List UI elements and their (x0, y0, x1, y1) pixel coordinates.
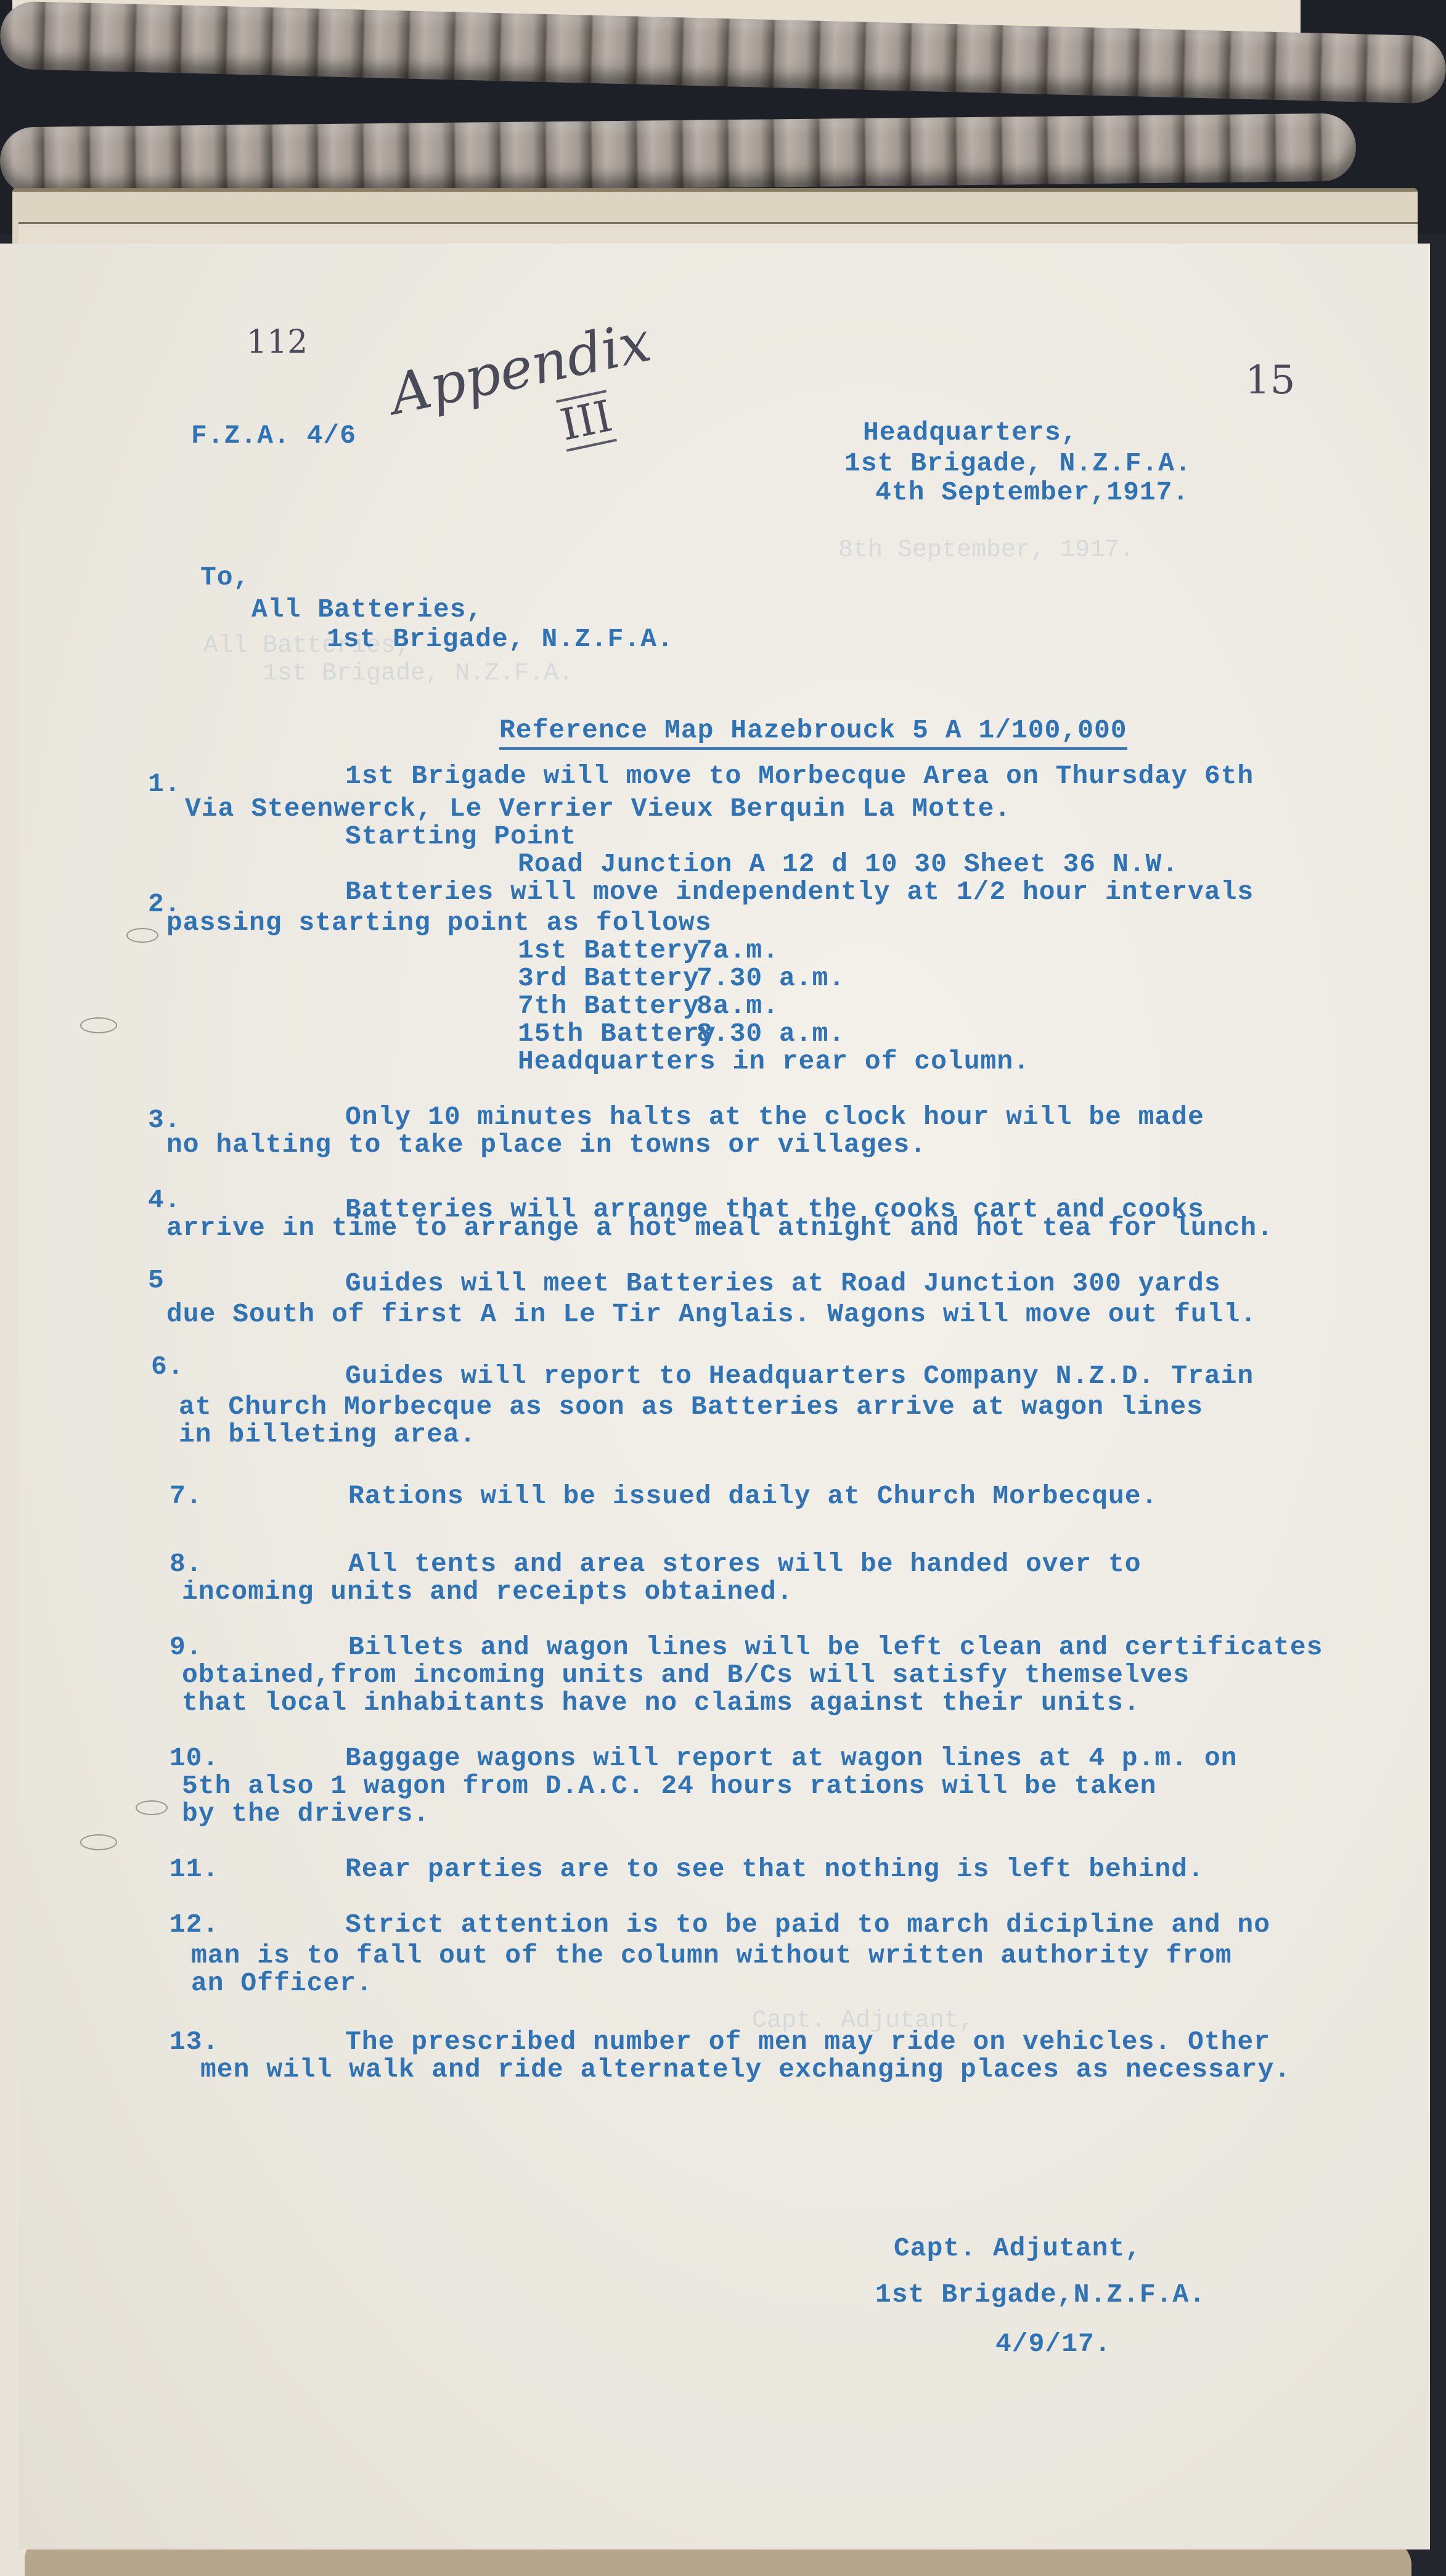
paragraph-number: 10. (170, 1745, 219, 1771)
addressee-line-2: 1st Brigade, N.Z.F.A. (327, 626, 674, 652)
paragraph-9-line: that local inhabitants have no claims ag… (182, 1689, 1140, 1716)
punch-hole (136, 1800, 168, 1815)
schedule-time: 8.30 a.m. (696, 1020, 845, 1047)
paragraph-number: 5 (148, 1267, 165, 1294)
schedule-unit: 7th Battery (518, 993, 700, 1019)
paragraph-10-line: by the drivers. (182, 1800, 430, 1827)
file-reference: F.Z.A. 4/6 (191, 422, 356, 449)
signature-title: Capt. Adjutant, (894, 2235, 1142, 2262)
paragraph-number: 11. (170, 1856, 219, 1882)
schedule-time: 7a.m. (696, 937, 779, 964)
paragraph-number: 8. (170, 1551, 203, 1577)
pencil-folio-number: 112 (247, 324, 308, 361)
paragraph-number: 7. (170, 1483, 203, 1509)
paragraph-13-line: The prescribed number of men may ride on… (345, 2028, 1270, 2055)
paragraph-12-line: Strict attention is to be paid to march … (345, 1911, 1270, 1938)
paragraph-1-line: Starting Point (345, 823, 576, 850)
show-through-text: 8th September, 1917. (838, 536, 1134, 564)
paragraph-10-line: 5th also 1 wagon from D.A.C. 24 hours ra… (182, 1773, 1156, 1799)
paragraph-11-line: Rear parties are to see that nothing is … (345, 1856, 1204, 1882)
paragraph-7-line: Rations will be issued daily at Church M… (348, 1483, 1158, 1509)
paragraph-number: 6. (151, 1353, 184, 1380)
paragraph-5-line: Guides will meet Batteries at Road Junct… (345, 1270, 1221, 1297)
paragraph-number: 12. (170, 1911, 219, 1938)
paragraph-1-line: Road Junction A 12 d 10 30 Sheet 36 N.W. (518, 851, 1178, 877)
schedule-time: 7.30 a.m. (696, 965, 845, 991)
paragraph-6-line: Guides will report to Headquarters Compa… (345, 1363, 1254, 1389)
header-line-1: Headquarters, (863, 419, 1077, 446)
paragraph-number: 9. (170, 1634, 203, 1660)
signature-date: 4/9/17. (995, 2331, 1111, 2357)
paragraph-3-line: Only 10 minutes halts at the clock hour … (345, 1104, 1204, 1130)
binding-cord (0, 113, 1357, 195)
paragraph-6-line: in billeting area. (179, 1421, 476, 1448)
paragraph-2-line: Batteries will move independently at 1/2… (345, 879, 1254, 905)
typed-document-page: 8th September, 1917. All Batteries, 1st … (18, 244, 1430, 2549)
paragraph-6-line: at Church Morbecque as soon as Batteries… (179, 1393, 1203, 1420)
addressee-line-1: All Batteries, (251, 596, 483, 623)
paragraph-number: 4. (148, 1187, 181, 1213)
schedule-footer: Headquarters in rear of column. (518, 1048, 1030, 1075)
paragraph-1-line: Via Steenwerck, Le Verrier Vieux Berquin… (185, 795, 1011, 822)
punch-hole (80, 1834, 117, 1850)
paragraph-9-line: obtained,from incoming units and B/Cs wi… (182, 1662, 1190, 1688)
page-number: 15 (1245, 358, 1295, 403)
paragraph-12-line: an Officer. (191, 1970, 373, 1996)
signature-unit: 1st Brigade,N.Z.F.A. (875, 2281, 1206, 2308)
paragraph-12-line: man is to fall out of the column without… (191, 1942, 1232, 1969)
paragraph-3-line: no halting to take place in towns or vil… (166, 1131, 926, 1158)
paragraph-13-line: men will walk and ride alternately excha… (200, 2056, 1291, 2083)
paragraph-number: 13. (170, 2028, 219, 2055)
paragraph-9-line: Billets and wagon lines will be left cle… (348, 1634, 1323, 1660)
header-line-2: 1st Brigade, N.Z.F.A. (844, 450, 1191, 477)
paragraph-1-line: 1st Brigade will move to Morbecque Area … (345, 763, 1254, 789)
paragraph-10-line: Baggage wagons will report at wagon line… (345, 1745, 1237, 1771)
paragraph-8-line: incoming units and receipts obtained. (182, 1578, 793, 1605)
to-label: To, (200, 564, 250, 591)
paragraph-2-line: passing starting point as follows (166, 909, 712, 936)
schedule-time: 8a.m. (696, 993, 779, 1019)
punch-hole (80, 1017, 117, 1033)
paragraph-4-line: arrive in time to arrange a hot meal atn… (166, 1215, 1273, 1241)
paragraph-5-line: due South of first A in Le Tir Anglais. … (166, 1301, 1257, 1327)
header-date: 4th September,1917. (875, 479, 1189, 506)
schedule-unit: 1st Battery (518, 937, 700, 964)
paragraph-number: 1. (148, 771, 181, 797)
paragraph-8-line: All tents and area stores will be handed… (348, 1551, 1142, 1577)
schedule-unit: 15th Battery (518, 1020, 716, 1047)
binding-area (0, 0, 1446, 234)
schedule-unit: 3rd Battery (518, 965, 700, 991)
handwritten-appendix-annotation: Appendix (385, 310, 656, 428)
punch-hole (126, 928, 158, 943)
reference-map-heading: Reference Map Hazebrouck 5 A 1/100,000 (499, 717, 1127, 750)
handwritten-roman-numeral: III (556, 390, 617, 451)
